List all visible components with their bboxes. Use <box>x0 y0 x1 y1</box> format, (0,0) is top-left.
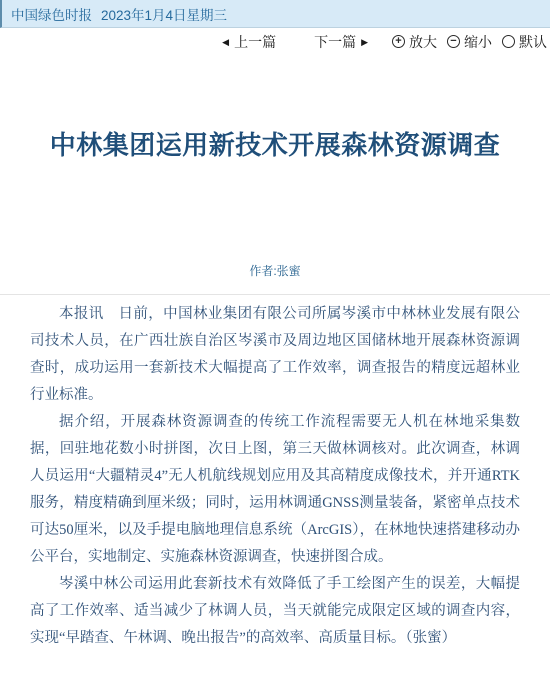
next-arrow-icon: ▶ <box>361 38 368 47</box>
previous-article-button[interactable]: ◀ 上一篇 <box>222 32 276 52</box>
divider <box>0 294 550 295</box>
default-size-label: 默认 <box>519 32 547 52</box>
article-toolbar: ◀ 上一篇 下一篇 ▶ + 放大 − 缩小 默认 <box>0 28 550 55</box>
article-paragraph: 据介绍，开展森林资源调查的传统工作流程需要无人机在林地采集数据，回驻地花数小时拼… <box>30 409 520 571</box>
zoom-out-label: 缩小 <box>464 32 492 52</box>
next-article-label: 下一篇 <box>314 32 356 52</box>
zoom-in-label: 放大 <box>409 32 437 52</box>
issue-date: 2023年1月4日星期三 <box>101 4 227 24</box>
article-body: 本报讯 日前，中国林业集团有限公司所属岑溪市中林林业发展有限公司技术人员，在广西… <box>30 301 520 652</box>
zoom-in-button[interactable]: + 放大 <box>392 32 437 52</box>
article-title: 中林集团运用新技术开展森林资源调查 <box>0 127 550 163</box>
article-author: 作者:张蜜 <box>0 263 550 279</box>
next-article-button[interactable]: 下一篇 ▶ <box>314 32 368 52</box>
font-size-controls: + 放大 − 缩小 默认 <box>392 32 547 52</box>
article-nav-group: ◀ 上一篇 下一篇 ▶ <box>222 32 368 52</box>
newspaper-name: 中国绿色时报 <box>11 4 92 24</box>
default-size-button[interactable]: 默认 <box>502 32 547 52</box>
prev-arrow-icon: ◀ <box>222 38 229 47</box>
article-paragraph: 本报讯 日前，中国林业集团有限公司所属岑溪市中林林业发展有限公司技术人员，在广西… <box>30 301 520 409</box>
top-bar: 中国绿色时报 2023年1月4日星期三 <box>0 0 550 28</box>
zoom-out-button[interactable]: − 缩小 <box>447 32 492 52</box>
default-size-icon <box>502 35 515 48</box>
previous-article-label: 上一篇 <box>234 32 276 52</box>
zoom-out-icon: − <box>447 35 460 48</box>
article-paragraph: 岑溪中林公司运用此套新技术有效降低了手工绘图产生的误差，大幅提高了工作效率、适当… <box>30 571 520 652</box>
zoom-in-icon: + <box>392 35 405 48</box>
